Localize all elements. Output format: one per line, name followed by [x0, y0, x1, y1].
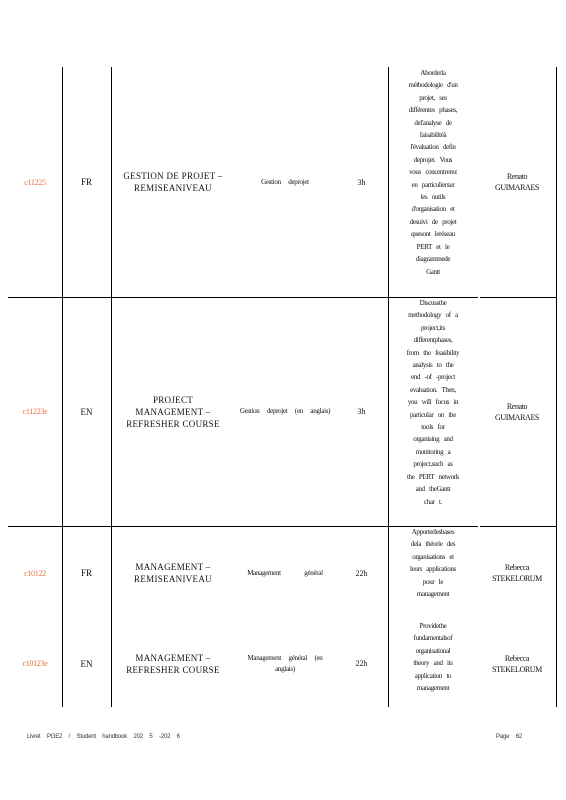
description-line: management [413, 682, 452, 694]
description-line: end -of -project [407, 371, 460, 383]
course-subject: Gestion deprojet [235, 67, 335, 297]
description-line: leurs applications [410, 563, 456, 575]
description-line: desuivi de projet [408, 216, 457, 228]
course-title: MANAGEMENT – REFRESHER COURSE [111, 620, 235, 707]
course-instructor: Rebecca STEKELORUM [478, 526, 556, 620]
course-description: Discussthemethodology of aproject,itsdif… [388, 297, 478, 526]
description-line: particular on the [407, 409, 460, 421]
description-lines: Apporterlesbasesdela théorie desorganisa… [410, 526, 456, 600]
description-line: PERT et le [408, 241, 457, 253]
description-line: application to [413, 670, 452, 682]
course-language: EN [62, 297, 111, 526]
description-line: monitoring a [407, 446, 460, 458]
description-line: organising and [407, 433, 460, 445]
course-code: c11223e [8, 297, 62, 526]
description-line: pour le [410, 576, 456, 588]
course-description: Aborderlaméthodologie d'unprojet, sesdif… [388, 67, 478, 297]
course-title: GESTION DE PROJET – REMISEANIVEAU [111, 67, 235, 297]
description-line: Gantt [408, 266, 457, 278]
course-hours: 3h [335, 67, 388, 297]
course-hours: 22h [335, 620, 388, 707]
course-language: FR [62, 67, 111, 297]
description-line: from the feasibility [407, 347, 460, 359]
course-subject: Management général (en anglais) [235, 620, 335, 707]
course-language: EN [62, 620, 111, 707]
course-hours: 22h [335, 526, 388, 620]
description-line: quesont leréseau [408, 228, 457, 240]
description-line: project,such as [407, 458, 460, 470]
description-line: vous concentrerez [408, 166, 457, 178]
description-line: dela théorie des [410, 538, 456, 550]
description-lines: Discussthemethodology of aproject,itsdif… [407, 297, 460, 508]
description-line: Aborderla [408, 67, 457, 79]
footer-handbook-label: Livret PGE2 / Student handbook 202 5 -20… [27, 734, 180, 740]
course-subject: Management général [235, 526, 335, 620]
description-line: en particuliersur [408, 179, 457, 191]
description-line: char t. [407, 496, 460, 508]
course-code: c11225 [8, 67, 62, 297]
description-line: evaluation. Then, [407, 384, 460, 396]
course-title: MANAGEMENT – REMISEANIVEAU [111, 526, 235, 620]
description-line: projet, ses [408, 92, 457, 104]
description-line: deprojet. Vous [408, 154, 457, 166]
course-subject: Gestion deprojet (en anglais) [235, 297, 335, 526]
course-instructor: Rebecca STEKELORUM [478, 620, 556, 707]
description-line: fundamentalsof [413, 632, 452, 644]
description-line: faisabilitéà [408, 129, 457, 141]
description-lines: Providethefundamentalsoforganisationalth… [413, 620, 452, 694]
course-description: Apporterlesbasesdela théorie desorganisa… [388, 526, 478, 620]
course-description: Providethefundamentalsoforganisationalth… [388, 620, 478, 707]
description-line: project,its [407, 322, 460, 334]
description-line: organisational [413, 645, 452, 657]
description-line: theory and its [413, 657, 452, 669]
description-line: diagrammede [408, 253, 457, 265]
description-line: differentphases, [407, 334, 460, 346]
description-line: méthodologie d'un [408, 79, 457, 91]
document-page: c11225 FR GESTION DE PROJET – REMISEANIV… [0, 0, 566, 800]
page-label: Page [496, 734, 509, 740]
description-line: and theGantt [407, 483, 460, 495]
course-instructor: Renato GUIMARAES [478, 67, 556, 297]
description-line: différentes phases, [408, 104, 457, 116]
course-code: c10122 [8, 526, 62, 620]
description-line: tools for [407, 421, 460, 433]
description-line: management [410, 588, 456, 600]
course-hours: 3h [335, 297, 388, 526]
description-line: Apporterlesbases [410, 526, 456, 538]
description-line: organisations et [410, 551, 456, 563]
description-line: les outils [408, 191, 457, 203]
column-divider [556, 67, 557, 707]
footer-page-number: Page 62 [496, 734, 522, 740]
description-line: d'organisation et [408, 203, 457, 215]
description-line: methodology of a [407, 309, 460, 321]
course-code: c10123e [8, 620, 62, 707]
description-line: you will focus in [407, 396, 460, 408]
course-instructor: Renato GUIMARAES [478, 297, 556, 526]
description-lines: Aborderlaméthodologie d'unprojet, sesdif… [408, 67, 457, 278]
description-line: l'évaluation defin [408, 141, 457, 153]
page-number: 62 [516, 734, 522, 740]
course-title: PROJECT MANAGEMENT – REFRESHER COURSE [111, 297, 235, 526]
description-line: Discussthe [407, 297, 460, 309]
course-language: FR [62, 526, 111, 620]
description-line: del'analyse de [408, 117, 457, 129]
description-line: Providethe [413, 620, 452, 632]
description-line: analysis to the [407, 359, 460, 371]
description-line: the PERT network [407, 471, 460, 483]
